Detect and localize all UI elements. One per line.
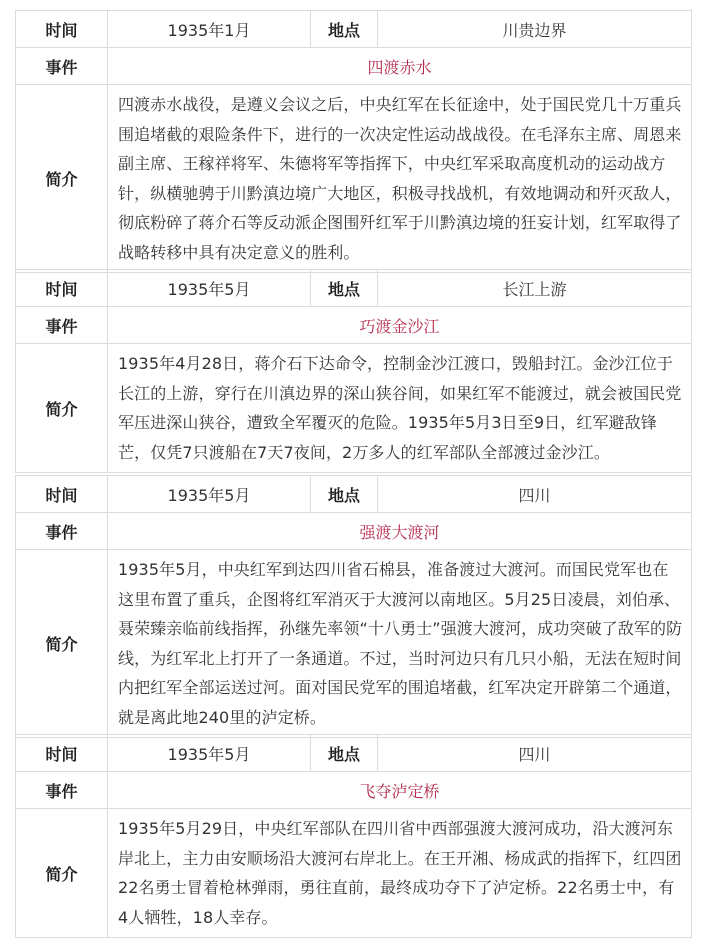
event-card-3: 时间 1935年5月 地点 四川 事件 强渡大渡河 简介 1935年5月，中央红… bbox=[15, 475, 692, 738]
time-place-row: 时间 1935年5月 地点 四川 bbox=[16, 476, 692, 513]
event-name: 巧渡金沙江 bbox=[108, 307, 692, 344]
summary-text: 1935年5月，中央红军到达四川省石棉县，准备渡过大渡河。而国民党军也在这里布置… bbox=[108, 550, 692, 738]
summary-row: 简介 1935年5月，中央红军到达四川省石棉县，准备渡过大渡河。而国民党军也在这… bbox=[16, 550, 692, 738]
event-row: 事件 强渡大渡河 bbox=[16, 513, 692, 550]
event-card-4: 时间 1935年5月 地点 四川 事件 飞夺泸定桥 简介 1935年5月29日，… bbox=[15, 734, 692, 938]
time-value: 1935年5月 bbox=[108, 476, 311, 513]
summary-label: 简介 bbox=[16, 344, 108, 473]
summary-text: 四渡赤水战役，是遵义会议之后，中央红军在长征途中，处于国民党几十万重兵围追堵截的… bbox=[108, 85, 692, 273]
summary-label: 简介 bbox=[16, 550, 108, 738]
time-label: 时间 bbox=[16, 476, 108, 513]
summary-row: 简介 1935年4月28日，蒋介石下达命令，控制金沙江渡口，毁船封江。金沙江位于… bbox=[16, 344, 692, 473]
event-name: 四渡赤水 bbox=[108, 48, 692, 85]
time-value: 1935年1月 bbox=[108, 11, 311, 48]
summary-label: 简介 bbox=[16, 809, 108, 938]
event-row: 事件 巧渡金沙江 bbox=[16, 307, 692, 344]
time-place-row: 时间 1935年5月 地点 四川 bbox=[16, 735, 692, 772]
time-place-row: 时间 1935年5月 地点 长江上游 bbox=[16, 270, 692, 307]
event-name: 强渡大渡河 bbox=[108, 513, 692, 550]
place-label: 地点 bbox=[311, 11, 378, 48]
place-label: 地点 bbox=[311, 476, 378, 513]
time-value: 1935年5月 bbox=[108, 735, 311, 772]
summary-text: 1935年5月29日，中央红军部队在四川省中西部强渡大渡河成功，沿大渡河东岸北上… bbox=[108, 809, 692, 938]
event-card-1: 时间 1935年1月 地点 川贵边界 事件 四渡赤水 简介 四渡赤水战役，是遵义… bbox=[15, 10, 692, 273]
place-value: 四川 bbox=[378, 735, 692, 772]
time-label: 时间 bbox=[16, 11, 108, 48]
place-value: 川贵边界 bbox=[378, 11, 692, 48]
summary-label: 简介 bbox=[16, 85, 108, 273]
event-row: 事件 飞夺泸定桥 bbox=[16, 772, 692, 809]
time-value: 1935年5月 bbox=[108, 270, 311, 307]
event-card-2: 时间 1935年5月 地点 长江上游 事件 巧渡金沙江 简介 1935年4月28… bbox=[15, 269, 692, 473]
place-value: 四川 bbox=[378, 476, 692, 513]
time-place-row: 时间 1935年1月 地点 川贵边界 bbox=[16, 11, 692, 48]
summary-row: 简介 1935年5月29日，中央红军部队在四川省中西部强渡大渡河成功，沿大渡河东… bbox=[16, 809, 692, 938]
summary-text: 1935年4月28日，蒋介石下达命令，控制金沙江渡口，毁船封江。金沙江位于长江的… bbox=[108, 344, 692, 473]
event-label: 事件 bbox=[16, 513, 108, 550]
event-name: 飞夺泸定桥 bbox=[108, 772, 692, 809]
event-label: 事件 bbox=[16, 307, 108, 344]
place-label: 地点 bbox=[311, 270, 378, 307]
time-label: 时间 bbox=[16, 270, 108, 307]
event-label: 事件 bbox=[16, 772, 108, 809]
place-value: 长江上游 bbox=[378, 270, 692, 307]
event-label: 事件 bbox=[16, 48, 108, 85]
time-label: 时间 bbox=[16, 735, 108, 772]
place-label: 地点 bbox=[311, 735, 378, 772]
event-row: 事件 四渡赤水 bbox=[16, 48, 692, 85]
summary-row: 简介 四渡赤水战役，是遵义会议之后，中央红军在长征途中，处于国民党几十万重兵围追… bbox=[16, 85, 692, 273]
